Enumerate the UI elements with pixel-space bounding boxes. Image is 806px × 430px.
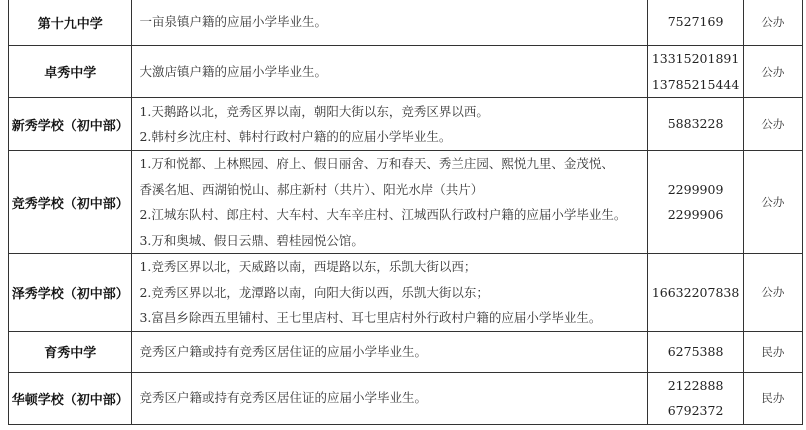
scope-line: 大激店镇户籍的应届小学毕业生。	[139, 59, 647, 85]
table-row: 第十九中学一亩泉镇户籍的应届小学毕业生。7527169公办	[9, 0, 803, 46]
school-type-cell: 公办	[743, 46, 802, 98]
scope-line: 竞秀区户籍或持有竞秀区居住证的应届小学毕业生。	[139, 385, 647, 411]
scope-line: 竞秀区户籍或持有竞秀区居住证的应届小学毕业生。	[139, 339, 647, 365]
table-body: 第十九中学一亩泉镇户籍的应届小学毕业生。7527169公办卓秀中学大激店镇户籍的…	[9, 0, 803, 424]
scope-line: 香溪名旭、西湖铂悦山、郝庄新村（共片）、阳光水岸（共片）	[139, 177, 647, 203]
school-name-cell: 新秀学校（初中部）	[9, 98, 132, 151]
phone-number: 7527169	[648, 9, 742, 35]
scope-line: 1.万和悦都、上林熙园、府上、假日丽舍、万和春天、秀兰庄园、熙悦九里、金茂悦、	[139, 151, 647, 177]
school-type-cell: 民办	[743, 331, 802, 372]
scope-line: 1.竞秀区界以北，天威路以南，西堤路以东，乐凯大街以西；	[139, 254, 647, 280]
phone-cell: 7527169	[648, 0, 743, 46]
school-type-cell: 公办	[743, 254, 802, 332]
scope-line: 一亩泉镇户籍的应届小学毕业生。	[139, 9, 647, 35]
phone-number: 2299909	[648, 177, 742, 203]
scope-line: 1.天鹅路以北，竞秀区界以南，朝阳大街以东，竞秀区界以西。	[139, 99, 647, 125]
school-name-cell: 育秀中学	[9, 331, 132, 372]
school-name-cell: 卓秀中学	[9, 46, 132, 98]
school-type-cell: 公办	[743, 98, 802, 151]
table-row: 华顿学校（初中部）竞秀区户籍或持有竞秀区居住证的应届小学毕业生。21228886…	[9, 372, 803, 424]
phone-cell: 22999092299906	[648, 151, 743, 254]
phone-number: 2299906	[648, 202, 742, 228]
enrollment-scope-cell: 竞秀区户籍或持有竞秀区居住证的应届小学毕业生。	[132, 331, 648, 372]
scope-line: 3.万和奥城、假日云鼎、碧桂园悦公馆。	[139, 228, 647, 254]
table-row: 育秀中学竞秀区户籍或持有竞秀区居住证的应届小学毕业生。6275388民办	[9, 331, 803, 372]
school-type-cell: 公办	[743, 151, 802, 254]
enrollment-scope-cell: 竞秀区户籍或持有竞秀区居住证的应届小学毕业生。	[132, 372, 648, 424]
school-name-cell: 竞秀学校（初中部）	[9, 151, 132, 254]
phone-cell: 16632207838	[648, 254, 743, 332]
table-row: 新秀学校（初中部）1.天鹅路以北，竞秀区界以南，朝阳大街以东，竞秀区界以西。2.…	[9, 98, 803, 151]
enrollment-scope-cell: 1.天鹅路以北，竞秀区界以南，朝阳大街以东，竞秀区界以西。2.韩村乡沈庄村、韩村…	[132, 98, 648, 151]
enrollment-scope-cell: 大激店镇户籍的应届小学毕业生。	[132, 46, 648, 98]
phone-number: 13785215444	[648, 72, 742, 98]
school-name-cell: 第十九中学	[9, 0, 132, 46]
scope-line: 2.韩村乡沈庄村、韩村行政村户籍的的应届小学毕业生。	[139, 124, 647, 150]
school-name-cell: 泽秀学校（初中部）	[9, 254, 132, 332]
school-type-cell: 公办	[743, 0, 802, 46]
enrollment-scope-cell: 1.竞秀区界以北，天威路以南，西堤路以东，乐凯大街以西；2.竞秀区界以北，龙潭路…	[132, 254, 648, 332]
phone-number: 6792372	[648, 398, 742, 424]
enrollment-scope-cell: 一亩泉镇户籍的应届小学毕业生。	[132, 0, 648, 46]
school-name-cell: 华顿学校（初中部）	[9, 372, 132, 424]
phone-number: 16632207838	[648, 280, 742, 306]
phone-number: 2122888	[648, 373, 742, 399]
school-enrollment-table: 第十九中学一亩泉镇户籍的应届小学毕业生。7527169公办卓秀中学大激店镇户籍的…	[8, 0, 803, 425]
phone-cell: 5883228	[648, 98, 743, 151]
table-row: 竞秀学校（初中部）1.万和悦都、上林熙园、府上、假日丽舍、万和春天、秀兰庄园、熙…	[9, 151, 803, 254]
phone-cell: 1331520189113785215444	[648, 46, 743, 98]
scope-line: 3.富昌乡除西五里铺村、王七里店村、耳七里店村外行政村户籍的应届小学毕业生。	[139, 305, 647, 331]
school-type-cell: 民办	[743, 372, 802, 424]
phone-number: 6275388	[648, 339, 742, 365]
enrollment-scope-cell: 1.万和悦都、上林熙园、府上、假日丽舍、万和春天、秀兰庄园、熙悦九里、金茂悦、香…	[132, 151, 648, 254]
phone-cell: 21228886792372	[648, 372, 743, 424]
phone-number: 13315201891	[648, 46, 742, 72]
scope-line: 2.江城东队村、郎庄村、大车村、大车辛庄村、江城西队行政村户籍的应届小学毕业生。	[139, 202, 647, 228]
table-row: 泽秀学校（初中部）1.竞秀区界以北，天威路以南，西堤路以东，乐凯大街以西；2.竞…	[9, 254, 803, 332]
table-row: 卓秀中学大激店镇户籍的应届小学毕业生。133152018911378521544…	[9, 46, 803, 98]
scope-line: 2.竞秀区界以北，龙潭路以南，向阳大街以西，乐凯大街以东；	[139, 280, 647, 306]
phone-number: 5883228	[648, 111, 742, 137]
phone-cell: 6275388	[648, 331, 743, 372]
